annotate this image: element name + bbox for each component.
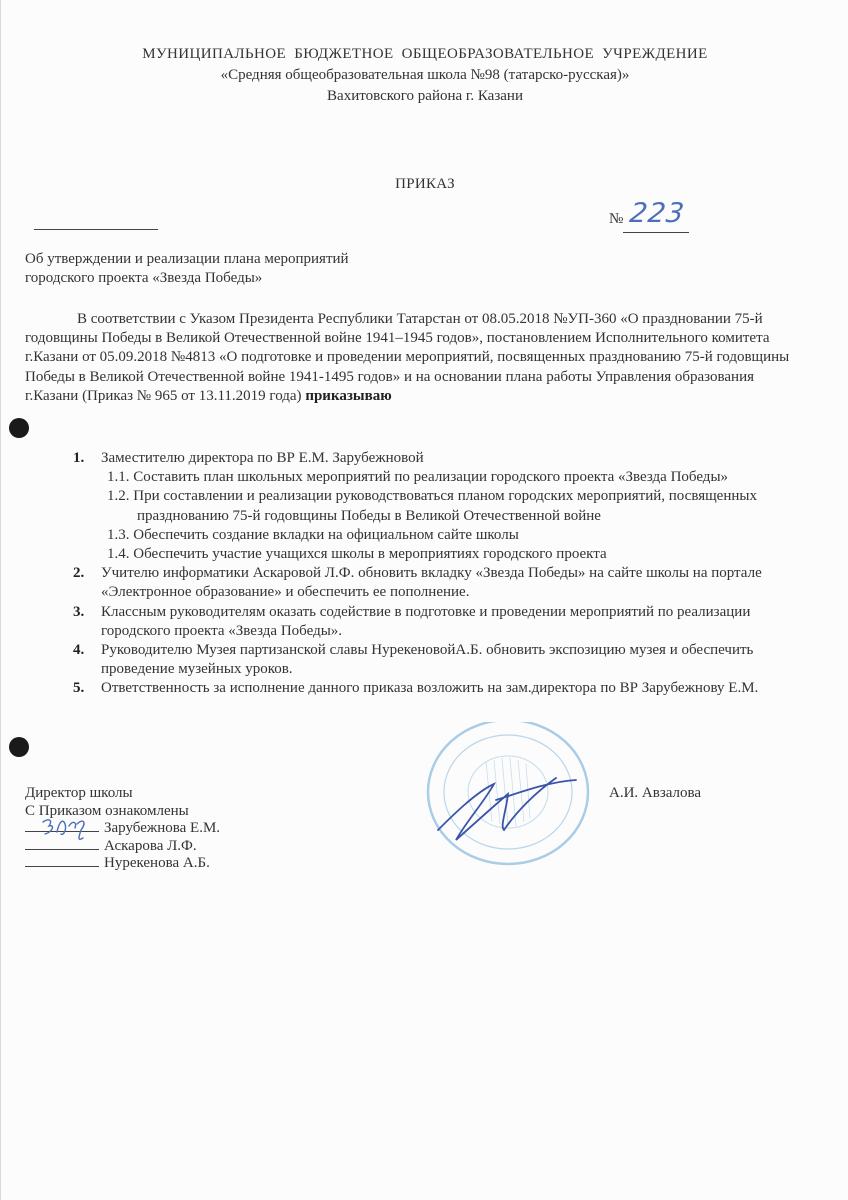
item-text: Руководителю Музея партизанской славы Ну… — [101, 642, 753, 677]
item-number: 5. — [73, 679, 84, 698]
item-text: Ответственность за исполнение данного пр… — [101, 680, 758, 696]
preamble-paragraph: В соответствии с Указом Президента Респу… — [25, 310, 795, 406]
item-number: 3. — [73, 603, 84, 622]
item-number: 2. — [73, 564, 84, 583]
order-subitem-1-3: 1.3. Обеспечить создание вкладки на офиц… — [73, 526, 793, 545]
item-text: Классным руководителям оказать содействи… — [101, 604, 750, 639]
acknowledged-person: Зарубежнова Е.М. — [104, 820, 220, 836]
order-number: № 223 — [609, 198, 689, 238]
item-number: 4. — [73, 641, 84, 660]
subitem-number: 1.3. — [107, 527, 130, 543]
preamble-order-word: приказываю — [305, 388, 391, 404]
subitem-text: При составлении и реализации руководство… — [133, 488, 757, 523]
item-number: 1. — [73, 449, 84, 468]
subitem-number: 1.4. — [107, 546, 130, 562]
official-stamp-icon — [396, 722, 596, 872]
subject-line-1: Об утверждении и реализации плана меропр… — [25, 250, 349, 269]
acknowledged-person: Аскарова Л.Ф. — [104, 838, 197, 854]
handwritten-order-number: 223 — [628, 198, 687, 229]
subitem-text: Составить план школьных мероприятий по р… — [133, 469, 728, 485]
order-subitem-1-1: 1.1. Составить план школьных мероприятий… — [73, 468, 793, 487]
number-sign: № — [609, 211, 623, 228]
order-title: ПРИКАЗ — [1, 176, 848, 193]
acknowledged-person: Нурекенова А.Б. — [104, 855, 210, 871]
item-text: Заместителю директора по ВР Е.М. Зарубеж… — [101, 450, 424, 466]
acknowledgement-row: Нурекенова А.Б. — [25, 855, 220, 873]
order-item-4: 4. Руководителю Музея партизанской славы… — [73, 641, 793, 679]
item-text: Учителю информатики Аскаровой Л.Ф. обнов… — [101, 565, 762, 600]
order-item-5: 5. Ответственность за исполнение данного… — [73, 679, 793, 698]
order-items-list: 1. Заместителю директора по ВР Е.М. Зару… — [73, 449, 793, 699]
subject-line-2: городского проекта «Звезда Победы» — [25, 269, 349, 288]
order-subject: Об утверждении и реализации плана меропр… — [25, 250, 349, 288]
order-item-3: 3. Классным руководителям оказать содейс… — [73, 603, 793, 641]
punch-hole-top — [9, 418, 29, 438]
signature-line — [25, 855, 99, 867]
preamble-text: В соответствии с Указом Президента Респу… — [25, 311, 789, 404]
school-name: «Средняя общеобразовательная школа №98 (… — [1, 65, 848, 85]
institution-name: МУНИЦИПАЛЬНОЕ БЮДЖЕТНОЕ ОБЩЕОБРАЗОВАТЕЛЬ… — [1, 44, 848, 64]
director-name: А.И. Авзалова — [609, 785, 701, 802]
subitem-text: Обеспечить создание вкладки на официальн… — [133, 527, 519, 543]
handwritten-signature-icon — [37, 814, 97, 844]
order-item-1: 1. Заместителю директора по ВР Е.М. Зару… — [73, 449, 793, 468]
order-date-line — [34, 229, 158, 230]
order-item-2: 2. Учителю информатики Аскаровой Л.Ф. об… — [73, 564, 793, 602]
order-subitem-1-4: 1.4. Обеспечить участие учащихся школы в… — [73, 545, 793, 564]
subitem-text: Обеспечить участие учащихся школы в меро… — [133, 546, 606, 562]
number-underline — [623, 232, 689, 233]
director-label: Директор школы — [25, 785, 220, 803]
document-page: МУНИЦИПАЛЬНОЕ БЮДЖЕТНОЕ ОБЩЕОБРАЗОВАТЕЛЬ… — [0, 0, 848, 1200]
subitem-number: 1.1. — [107, 469, 130, 485]
subitem-number: 1.2. — [107, 488, 130, 504]
punch-hole-bottom — [9, 737, 29, 757]
order-subitem-1-2: 1.2. При составлении и реализации руково… — [73, 487, 793, 525]
school-district: Вахитовского района г. Казани — [1, 86, 848, 106]
